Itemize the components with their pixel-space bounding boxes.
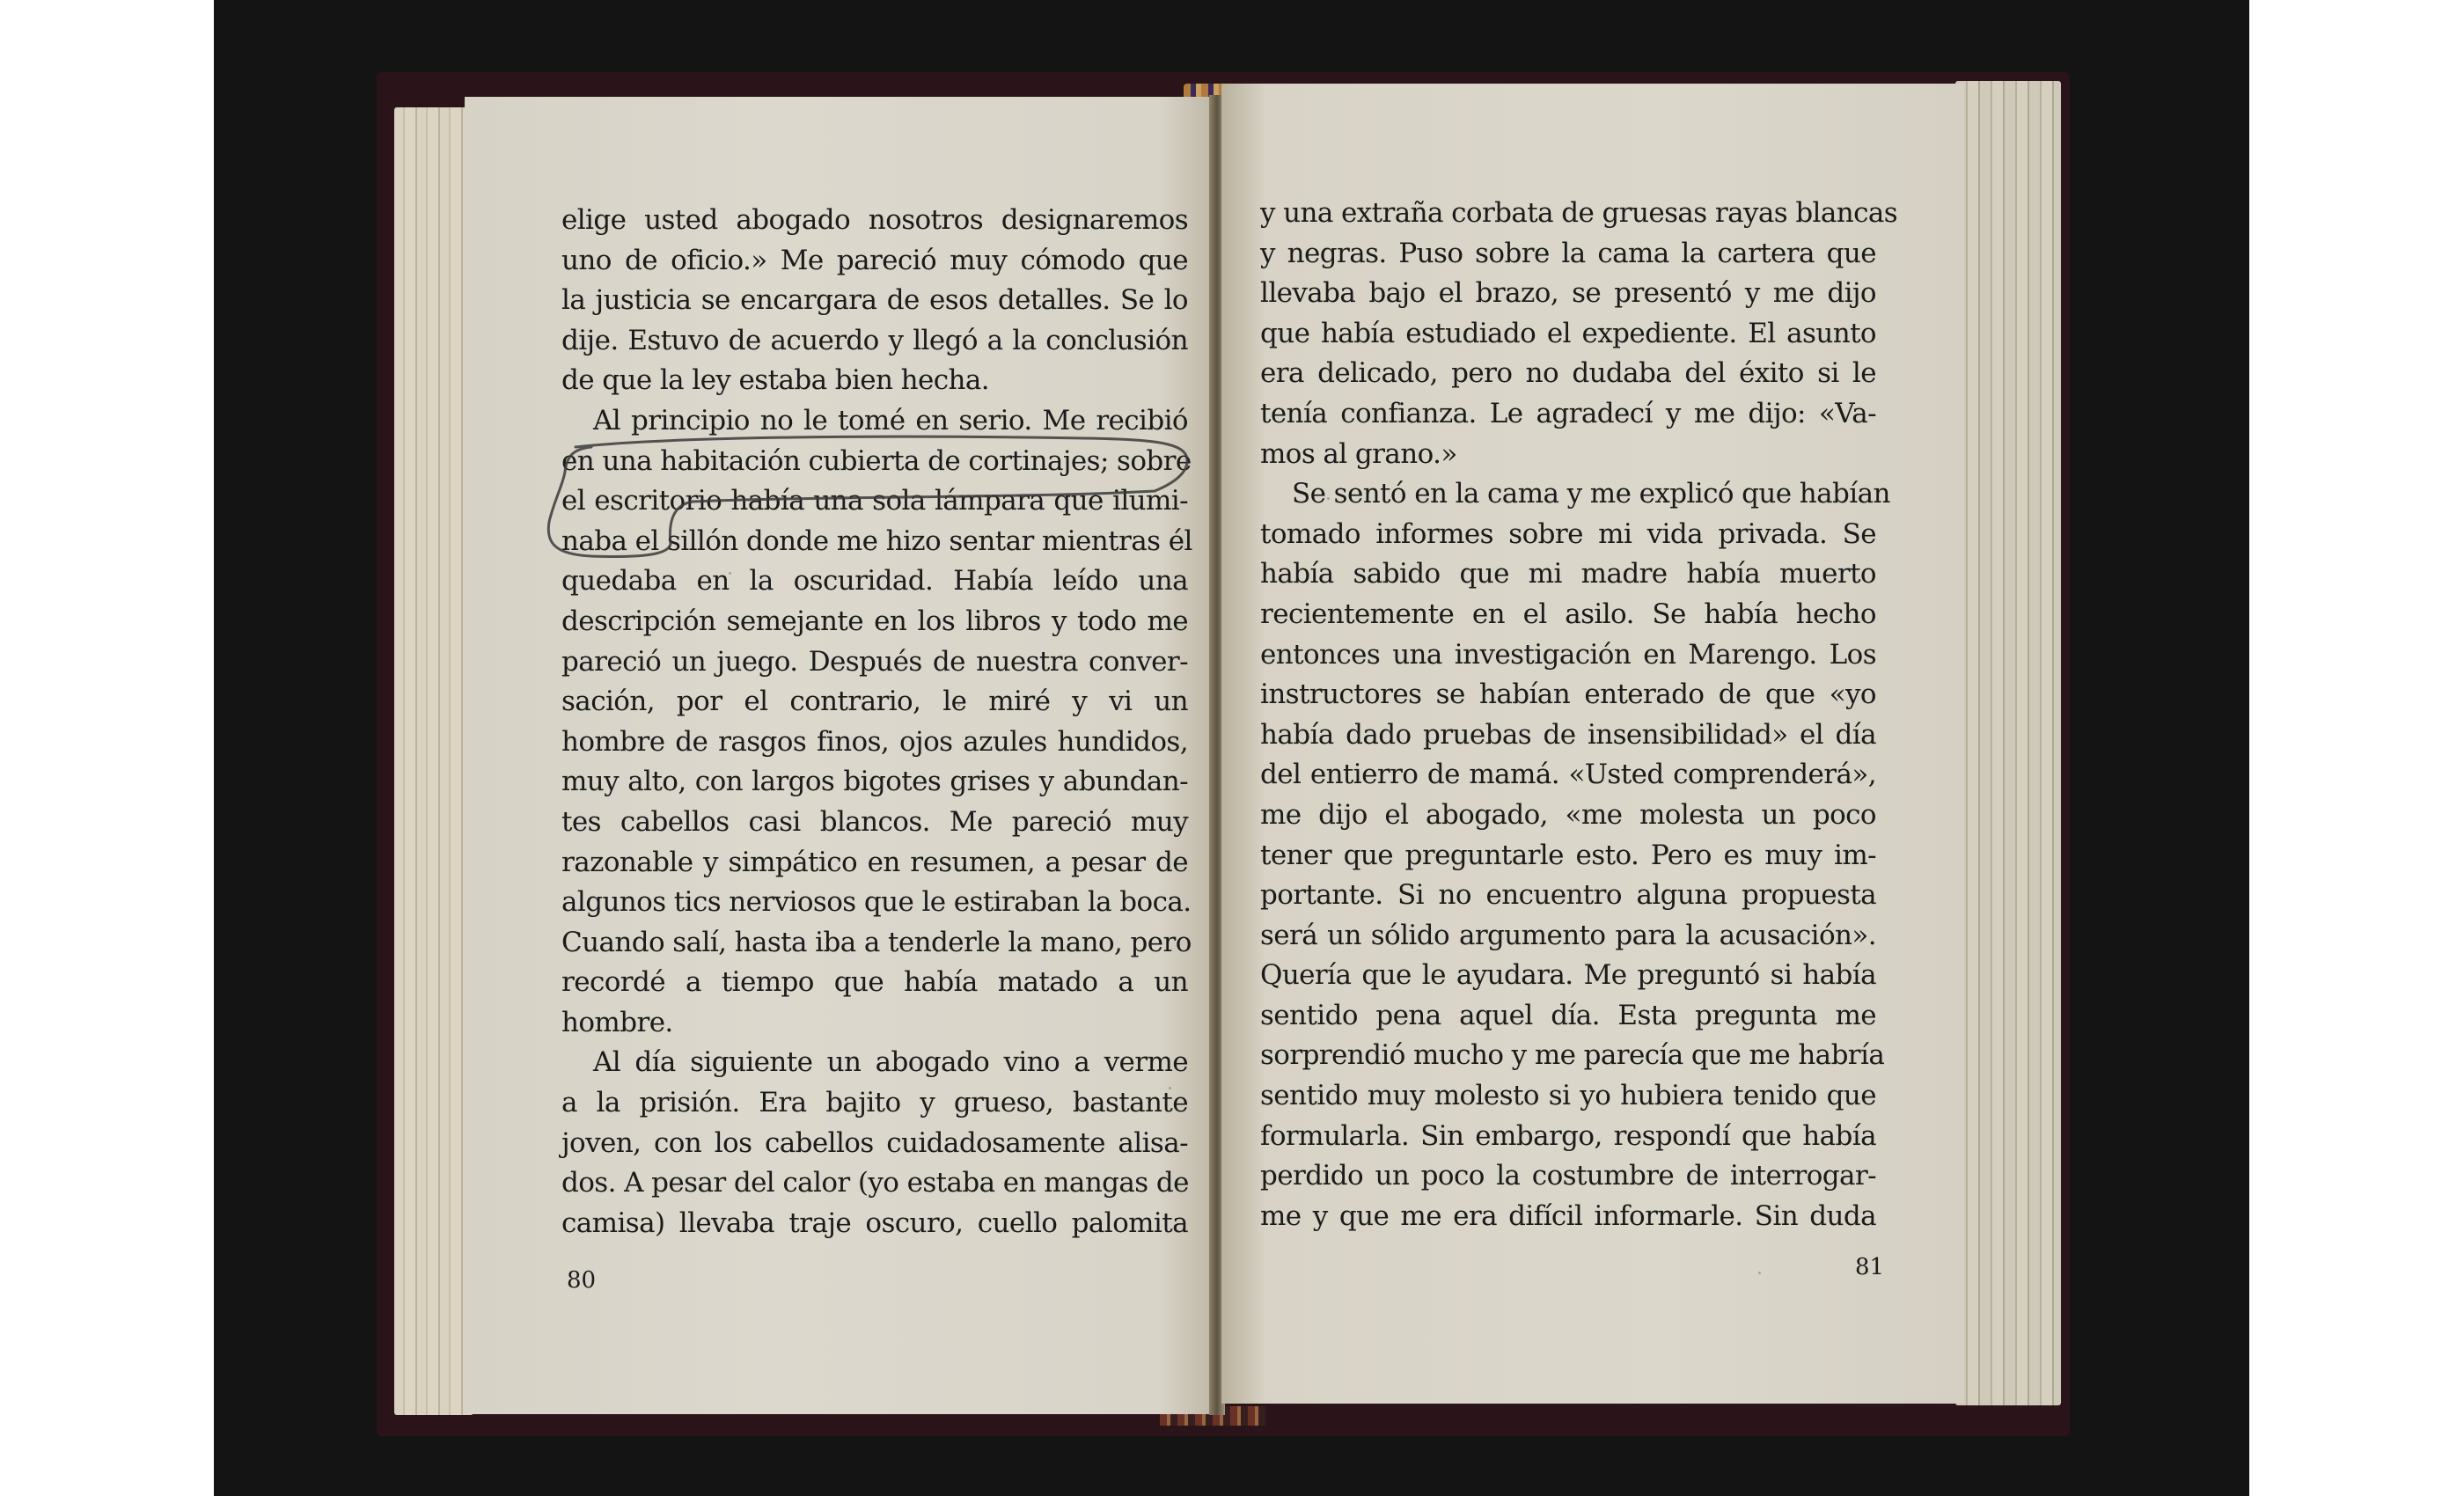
- page-edges-right: [1955, 81, 2061, 1405]
- text-line: dije. Estuvo de acuerdo y llegó a la con…: [561, 321, 1188, 362]
- text-line: descripción semejante en los libros y to…: [561, 602, 1188, 642]
- text-line: formularla. Sin embargo, respondí que ha…: [1260, 1117, 1876, 1157]
- text-line: sorprendió mucho y me parecía que me hab…: [1260, 1036, 1876, 1076]
- text-line: llevaba bajo el brazo, se presentó y me …: [1260, 274, 1876, 314]
- text-line: recordé a tiempo que había matado a un: [561, 963, 1188, 1003]
- text-line: tomado informes sobre mi vida privada. S…: [1260, 515, 1876, 555]
- text-line: quedaba en la oscuridad. Había leído una: [561, 561, 1188, 602]
- text-line: del entierro de mamá. «Usted comprenderá…: [1260, 755, 1876, 796]
- text-line: era delicado, pero no dudaba del éxito s…: [1260, 354, 1876, 394]
- text-line: sentido muy molesto si yo hubiera tenido…: [1260, 1076, 1876, 1117]
- text-line: entonces una investigación en Marengo. L…: [1260, 635, 1876, 676]
- paper-speck: [729, 572, 731, 575]
- text-line: en una habitación cubierta de cortinajes…: [561, 442, 1188, 482]
- text-line: portante. Si no encuentro alguna propues…: [1260, 876, 1876, 916]
- paper-speck: [1169, 1087, 1171, 1089]
- right-page-text: y una extraña corbata de gruesas rayas b…: [1260, 194, 1876, 1236]
- right-page: y una extraña corbata de gruesas rayas b…: [1221, 84, 1964, 1404]
- page-number-left: 80: [567, 1267, 596, 1294]
- text-line: joven, con los cabellos cuidadosamente a…: [561, 1124, 1188, 1164]
- text-line: Al principio no le tomé en serio. Me rec…: [561, 401, 1188, 442]
- paper-speck: [1758, 1272, 1761, 1274]
- text-line: había sabido que mi madre había muerto: [1260, 554, 1876, 595]
- text-line: pareció un juego. Después de nuestra con…: [561, 642, 1188, 683]
- left-page-text: elige usted abogado nosotros designaremo…: [561, 201, 1188, 1243]
- text-line: mos al grano.»: [1260, 435, 1876, 475]
- text-line: de que la ley estaba bien hecha.: [561, 361, 1188, 401]
- text-line: elige usted abogado nosotros designaremo…: [561, 201, 1188, 241]
- page-edges-left: [394, 107, 473, 1415]
- text-line: Al día siguiente un abogado vino a verme: [561, 1043, 1188, 1083]
- text-line: hombre de rasgos finos, ojos azules hund…: [561, 722, 1188, 763]
- text-line: me y que me era difícil informarle. Sin …: [1260, 1197, 1876, 1237]
- text-line: Quería que le ayudara. Me preguntó si ha…: [1260, 956, 1876, 996]
- text-line: muy alto, con largos bigotes grises y ab…: [561, 762, 1188, 803]
- text-line: tes cabellos casi blancos. Me pareció mu…: [561, 803, 1188, 843]
- left-page: elige usted abogado nosotros designaremo…: [465, 97, 1218, 1414]
- text-line: que había estudiado el expediente. El as…: [1260, 314, 1876, 355]
- text-line: sentido pena aquel día. Esta pregunta me: [1260, 996, 1876, 1037]
- text-line: y negras. Puso sobre la cama la cartera …: [1260, 234, 1876, 275]
- text-line: razonable y simpático en resumen, a pesa…: [561, 843, 1188, 884]
- text-line: perdido un poco la costumbre de interrog…: [1260, 1156, 1876, 1197]
- text-line: había dado pruebas de insensibilidad» el…: [1260, 715, 1876, 756]
- text-line: uno de oficio.» Me pareció muy cómodo qu…: [561, 241, 1188, 282]
- paper-speck: [957, 704, 960, 707]
- text-line: hombre.: [561, 1003, 1188, 1044]
- text-line: camisa) llevaba traje oscuro, cuello pal…: [561, 1204, 1188, 1244]
- text-line: naba el sillón donde me hizo sentar mien…: [561, 522, 1188, 562]
- paper-speck: [1327, 497, 1330, 500]
- text-line: el escritorio había una sola lámpara que…: [561, 481, 1188, 522]
- text-line: la justicia se encargara de esos detalle…: [561, 281, 1188, 321]
- text-line: tener que preguntarle esto. Pero es muy …: [1260, 836, 1876, 876]
- text-line: instructores se habían enterado de que «…: [1260, 675, 1876, 715]
- text-line: tenía confianza. Le agradecí y me dijo: …: [1260, 394, 1876, 435]
- text-line: sación, por el contrario, le miré y vi u…: [561, 682, 1188, 722]
- text-line: Se sentó en la cama y me explicó que hab…: [1260, 474, 1876, 515]
- text-line: Cuando salí, hasta iba a tenderle la man…: [561, 923, 1188, 964]
- text-line: será un sólido argumento para la acusaci…: [1260, 916, 1876, 957]
- text-line: me dijo el abogado, «me molesta un poco: [1260, 796, 1876, 836]
- text-line: recientemente en el asilo. Se había hech…: [1260, 595, 1876, 635]
- page-number-right: 81: [1855, 1254, 1884, 1280]
- text-line: y una extraña corbata de gruesas rayas b…: [1260, 194, 1876, 234]
- text-line: algunos tics nerviosos que le estiraban …: [561, 883, 1188, 923]
- text-line: dos. A pesar del calor (yo estaba en man…: [561, 1163, 1188, 1204]
- text-line: a la prisión. Era bajito y grueso, basta…: [561, 1083, 1188, 1124]
